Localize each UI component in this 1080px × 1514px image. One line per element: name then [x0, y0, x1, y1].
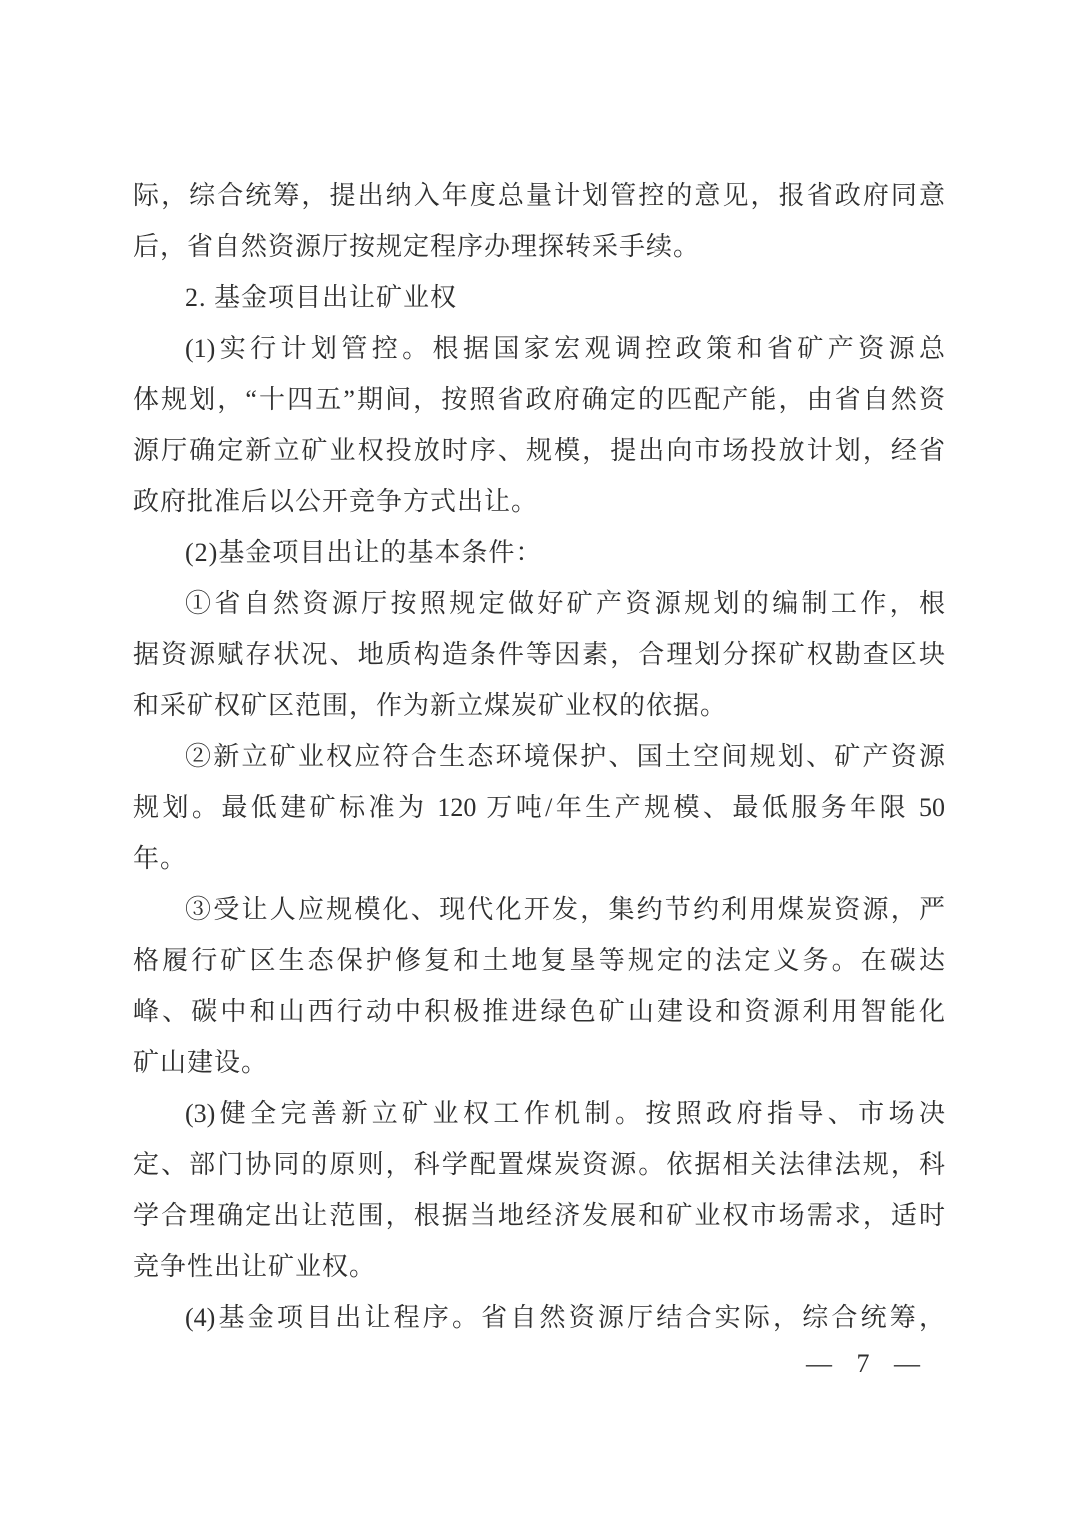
- text-line: 际，综合统筹，提出纳入年度总量计划管控的意见，报省政府同意: [133, 170, 945, 221]
- text-line: 2. 基金项目出让矿业权: [133, 272, 945, 323]
- text-line: 和采矿权矿区范围，作为新立煤炭矿业权的依据。: [133, 680, 945, 731]
- document-page: 际，综合统筹，提出纳入年度总量计划管控的意见，报省政府同意后，省自然资源厅按规定…: [0, 0, 1080, 1514]
- text-line: 学合理确定出让范围，根据当地经济发展和矿业权市场需求，适时: [133, 1190, 945, 1241]
- text-line: 定、部门协同的原则，科学配置煤炭资源。依据相关法律法规，科: [133, 1139, 945, 1190]
- text-line: 源厅确定新立矿业权投放时序、规模，提出向市场投放计划，经省: [133, 425, 945, 476]
- text-line: (4)基金项目出让程序。省自然资源厅结合实际，综合统筹，: [133, 1292, 945, 1343]
- text-line: 规划。最低建矿标准为 120 万吨/年生产规模、最低服务年限 50: [133, 782, 945, 833]
- text-line: 矿山建设。: [133, 1037, 945, 1088]
- text-line: 峰、碳中和山西行动中积极推进绿色矿山建设和资源利用智能化: [133, 986, 945, 1037]
- text-line: (3)健全完善新立矿业权工作机制。按照政府指导、市场决: [133, 1088, 945, 1139]
- document-body: 际，综合统筹，提出纳入年度总量计划管控的意见，报省政府同意后，省自然资源厅按规定…: [133, 170, 945, 1343]
- page-number: — 7 —: [806, 1344, 922, 1384]
- text-line: (1)实行计划管控。根据国家宏观调控政策和省矿产资源总: [133, 323, 945, 374]
- text-line: ②新立矿业权应符合生态环境保护、国土空间规划、矿产资源: [133, 731, 945, 782]
- text-line: (2)基金项目出让的基本条件：: [133, 527, 945, 578]
- text-line: ③受让人应规模化、现代化开发，集约节约利用煤炭资源，严: [133, 884, 945, 935]
- text-line: 体规划，“十四五”期间，按照省政府确定的匹配产能，由省自然资: [133, 374, 945, 425]
- text-line: 年。: [133, 833, 945, 884]
- text-line: 政府批准后以公开竞争方式出让。: [133, 476, 945, 527]
- text-line: ①省自然资源厅按照规定做好矿产资源规划的编制工作，根: [133, 578, 945, 629]
- text-line: 格履行矿区生态保护修复和土地复垦等规定的法定义务。在碳达: [133, 935, 945, 986]
- text-line: 据资源赋存状况、地质构造条件等因素，合理划分探矿权勘查区块: [133, 629, 945, 680]
- text-line: 竞争性出让矿业权。: [133, 1241, 945, 1292]
- text-line: 后，省自然资源厅按规定程序办理探转采手续。: [133, 221, 945, 272]
